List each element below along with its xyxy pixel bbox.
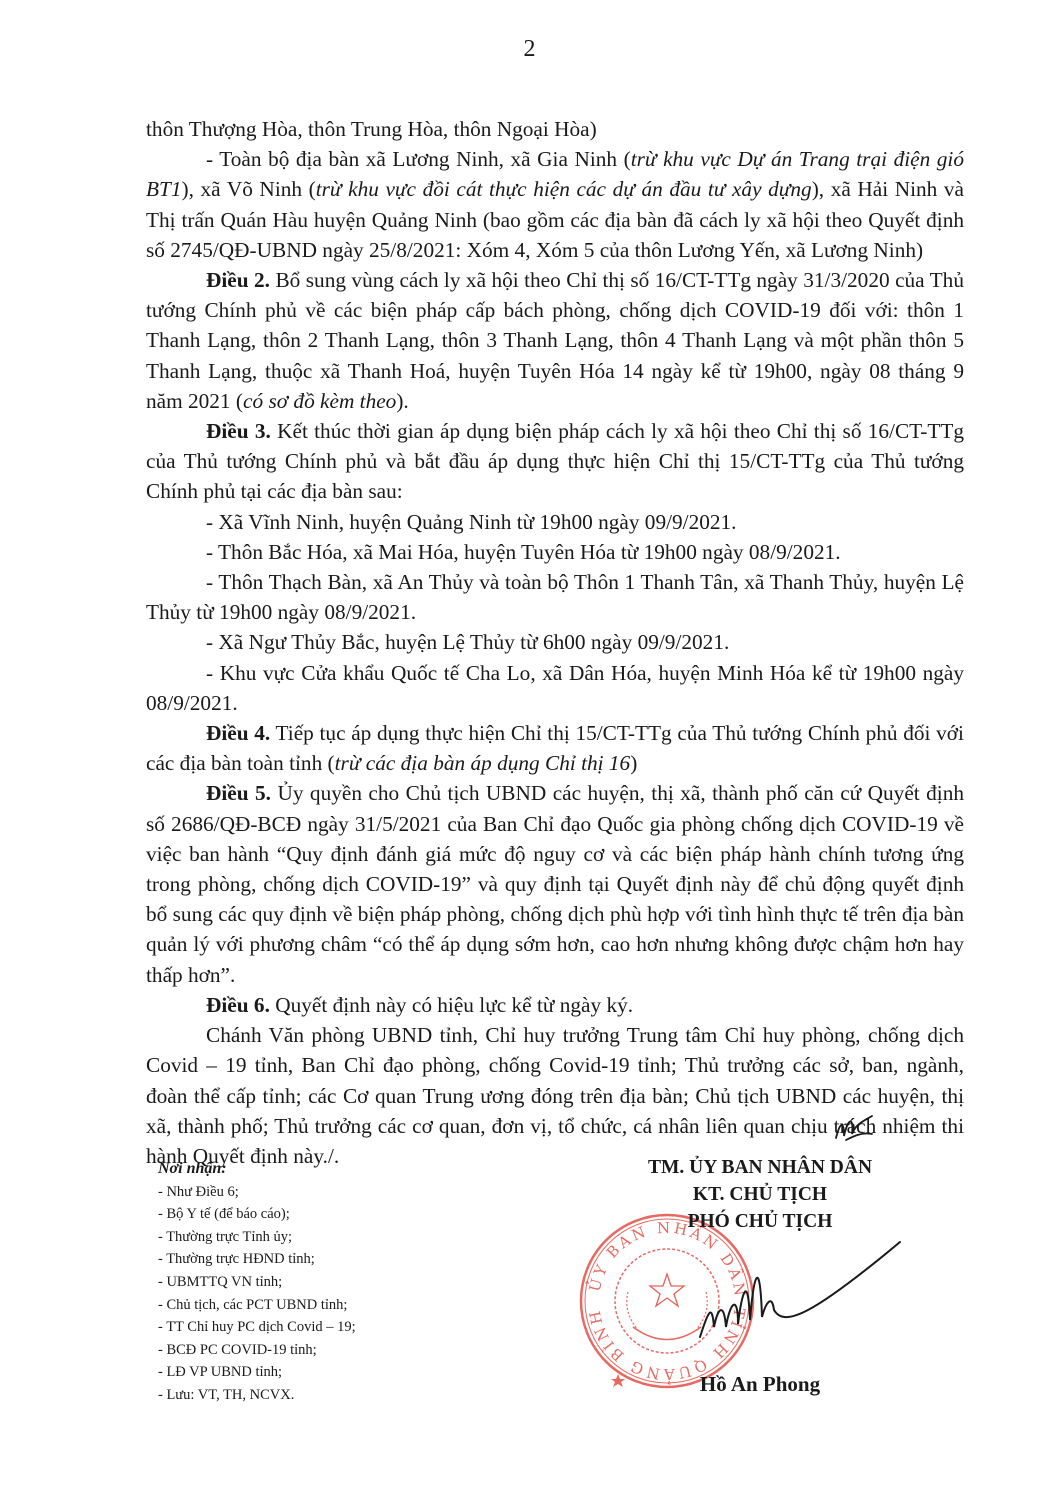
text-run: Quyết định này có hiệu lực kể từ ngày ký… — [270, 993, 633, 1017]
italic-note: trừ khu vực đồi cát thực hiện các dự án … — [316, 177, 812, 201]
article-heading: Điều 5. — [206, 781, 271, 805]
paragraph-closing: Chánh Văn phòng UBND tỉnh, Chỉ huy trưởn… — [146, 1020, 964, 1171]
paragraph-p0: thôn Thượng Hòa, thôn Trung Hòa, thôn Ng… — [146, 114, 964, 144]
paragraph-d3a: - Xã Vĩnh Ninh, huyện Quảng Ninh từ 19h0… — [146, 507, 964, 537]
signer-name: Hồ An Phong — [560, 1372, 960, 1397]
paragraph-dieu4: Điều 4. Tiếp tục áp dụng thực hiện Chỉ t… — [146, 718, 964, 778]
recipient-item: - Lưu: VT, TH, NCVX. — [158, 1384, 458, 1407]
document-body: thôn Thượng Hòa, thôn Trung Hòa, thôn Ng… — [146, 114, 964, 1171]
text-run: Chánh Văn phòng UBND tỉnh, Chỉ huy trưởn… — [146, 1023, 964, 1168]
text-run: - Khu vực Cửa khẩu Quốc tế Cha Lo, xã Dâ… — [146, 661, 964, 715]
recipient-item: - Bộ Y tế (để báo cáo); — [158, 1203, 458, 1226]
signature-block: TM. ỦY BAN NHÂN DÂN KT. CHỦ TỊCH PHÓ CHỦ… — [560, 1154, 960, 1235]
handwritten-signature-icon — [690, 1232, 910, 1352]
paragraph-dieu5: Điều 5. Ủy quyền cho Chủ tịch UBND các h… — [146, 778, 964, 989]
paragraph-dieu2: Điều 2. Bổ sung vùng cách ly xã hội theo… — [146, 265, 964, 416]
signature-line-1: TM. ỦY BAN NHÂN DÂN — [560, 1154, 960, 1181]
recipients-list: Nơi nhận: - Như Điều 6;- Bộ Y tế (để báo… — [158, 1158, 458, 1407]
signature-line-3: PHÓ CHỦ TỊCH — [560, 1208, 960, 1235]
recipient-item: - Thường trực Tỉnh ủy; — [158, 1226, 458, 1249]
paragraph-p1: - Toàn bộ địa bàn xã Lương Ninh, xã Gia … — [146, 144, 964, 265]
page-number: 2 — [0, 36, 1059, 63]
recipient-items: - Như Điều 6;- Bộ Y tế (để báo cáo);- Th… — [158, 1181, 458, 1407]
text-run: - Thôn Bắc Hóa, xã Mai Hóa, huyện Tuyên … — [206, 540, 841, 564]
paragraph-dieu3: Điều 3. Kết thúc thời gian áp dụng biện … — [146, 416, 964, 507]
initials-mark-icon — [832, 1112, 876, 1146]
recipient-item: - LĐ VP UBND tỉnh; — [158, 1361, 458, 1384]
article-heading: Điều 6. — [206, 993, 270, 1017]
paragraph-d3e: - Khu vực Cửa khẩu Quốc tế Cha Lo, xã Dâ… — [146, 658, 964, 718]
text-run: - Toàn bộ địa bàn xã Lương Ninh, xã Gia … — [206, 147, 631, 171]
paragraph-d3b: - Thôn Bắc Hóa, xã Mai Hóa, huyện Tuyên … — [146, 537, 964, 567]
recipient-item: - Như Điều 6; — [158, 1181, 458, 1204]
text-run: ), xã Võ Ninh ( — [182, 177, 316, 201]
article-heading: Điều 3. — [206, 419, 271, 443]
text-run: ). — [396, 389, 408, 413]
recipient-item: - UBMTTQ VN tỉnh; — [158, 1271, 458, 1294]
text-run: ) — [630, 751, 637, 775]
text-run: thôn Thượng Hòa, thôn Trung Hòa, thôn Ng… — [146, 117, 597, 141]
recipients-title: Nơi nhận: — [158, 1158, 458, 1181]
text-run: - Thôn Thạch Bàn, xã An Thủy và toàn bộ … — [146, 570, 964, 624]
signature-line-2: KT. CHỦ TỊCH — [560, 1181, 960, 1208]
recipient-item: - BCĐ PC COVID-19 tỉnh; — [158, 1339, 458, 1362]
paragraph-d3c: - Thôn Thạch Bàn, xã An Thủy và toàn bộ … — [146, 567, 964, 627]
paragraph-d3d: - Xã Ngư Thủy Bắc, huyện Lệ Thủy từ 6h00… — [146, 627, 964, 657]
text-run: - Xã Ngư Thủy Bắc, huyện Lệ Thủy từ 6h00… — [206, 630, 729, 654]
text-run: - Xã Vĩnh Ninh, huyện Quảng Ninh từ 19h0… — [206, 510, 737, 534]
text-run: Ủy quyền cho Chủ tịch UBND các huyện, th… — [146, 781, 964, 986]
italic-note: trừ các địa bàn áp dụng Chỉ thị 16 — [335, 751, 631, 775]
paragraph-dieu6: Điều 6. Quyết định này có hiệu lực kể từ… — [146, 990, 964, 1020]
recipient-item: - Thường trực HĐND tỉnh; — [158, 1248, 458, 1271]
article-heading: Điều 2. — [206, 268, 270, 292]
italic-note: có sơ đồ kèm theo — [243, 389, 396, 413]
recipient-item: - TT Chỉ huy PC dịch Covid – 19; — [158, 1316, 458, 1339]
recipient-item: - Chủ tịch, các PCT UBND tỉnh; — [158, 1294, 458, 1317]
article-heading: Điều 4. — [206, 721, 270, 745]
